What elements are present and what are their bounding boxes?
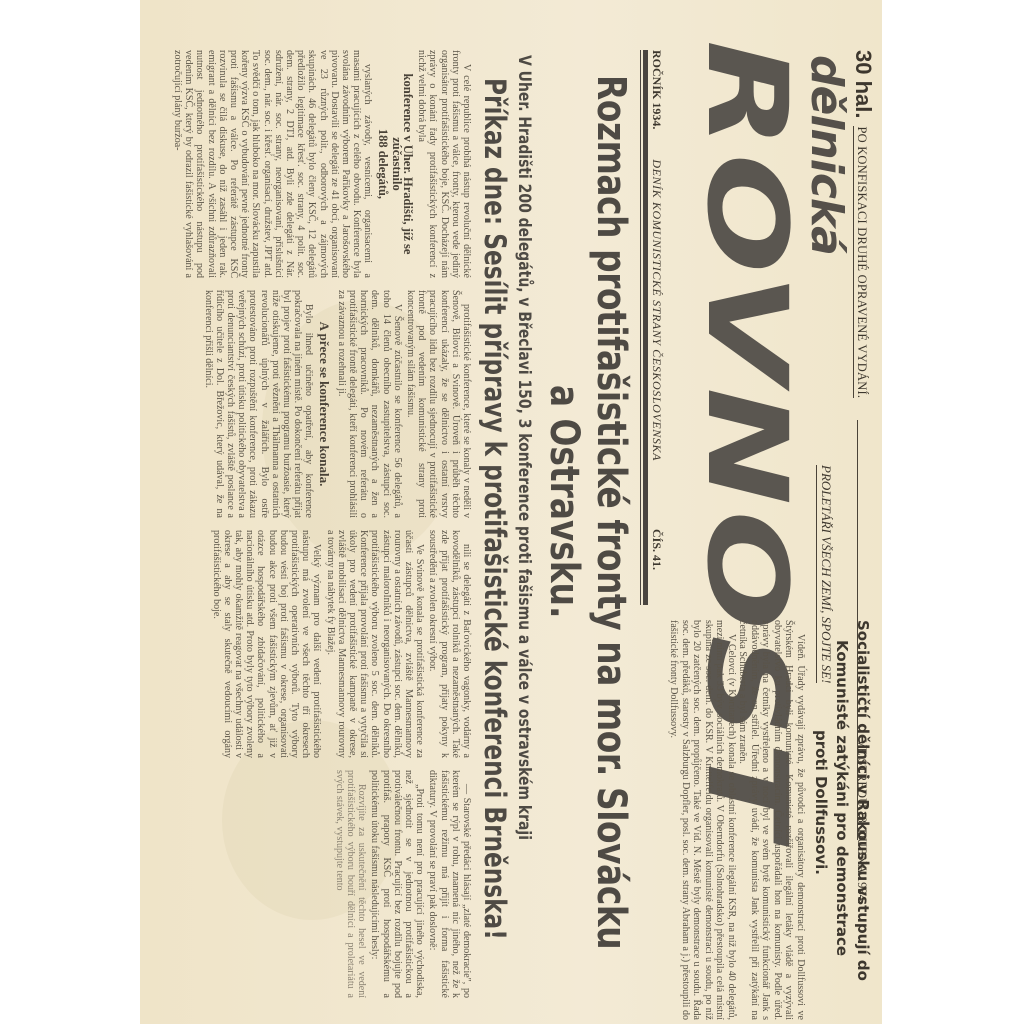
paragraph: Vídeň. Úřady vydávají zprávu, že původci… [737, 620, 806, 1020]
edition-note: PO KONFISKACI DRUHÉ OPRAVENÉ VYDÁNÍ. [853, 126, 876, 398]
paragraph: vyslaných závody, vesnicemi, organisacem… [172, 50, 374, 278]
paragraph: V Šenově zúčastnilo se konference 56 del… [336, 290, 403, 518]
paragraph: — Starovské předáci hlásají „zlaté demok… [427, 770, 472, 998]
paragraph: Velký význam pro další vedení protifašis… [210, 530, 322, 758]
paragraph: Bylo ihned učiněno opatření, aby konfere… [202, 290, 314, 518]
paragraph: „Proti tomu není pro pracující jiného vý… [369, 770, 425, 998]
paragraph: Rozvíjíte za uskutečnění těchto hesel ve… [334, 770, 368, 998]
section-heading: A přece se konference konala. [318, 290, 329, 518]
tagline: DENÍK KOMUNISTICKÉ STRANY ČESKOSLOVENSKA [649, 159, 664, 461]
divider [643, 50, 648, 605]
column-3: nili se delegáti z Baťovického vagonky, … [208, 530, 472, 758]
bold-subheading: 188 delegátů, [376, 50, 387, 278]
side-article-headline: proti Dollfussovi. [812, 730, 830, 1020]
paragraph: protifašistické konference, které se kon… [405, 290, 472, 518]
year-label: ROČNÍK 1934. [649, 50, 664, 129]
side-article-headline: Socialističtí dělníci v Rakousku vstupuj… [854, 620, 872, 1020]
paragraph: Ve Svinově konala se protifašistická kon… [324, 530, 425, 758]
bold-subheading: konference v Uher. Hradišti, jíž se zúča… [391, 50, 413, 278]
command-headline: Příkaz dne: Sesílit přípravy k protifaši… [478, 78, 512, 940]
paragraph: V celé republice probíhá nástup revolučn… [416, 50, 472, 278]
main-headline-continued: a Ostravsku. [541, 385, 587, 618]
column-2: protifašistické konference, které se kon… [200, 290, 472, 518]
issue-number: ČÍS. 41. [649, 529, 664, 570]
masthead-subline: ROČNÍK 1934. DENÍK KOMUNISTICKÉ STRANY Č… [649, 50, 664, 570]
newspaper-page: 30 hal. PO KONFISKACI DRUHÉ OPRAVENÉ VYD… [140, 0, 882, 1024]
subheadline: V Uher. Hradišti 200 delegátů, v Břeclav… [514, 55, 534, 840]
side-article-body: Vídeň. Úřady vydávají zprávu, že původci… [668, 620, 806, 1020]
column-4: — Starovské předáci hlásají „zlaté demok… [332, 770, 472, 998]
side-article-headline: Komunisté zatýkáni pro demonstrace [833, 640, 851, 1020]
side-article: Socialističtí dělníci v Rakousku vstupuj… [652, 620, 872, 1020]
main-headline: Rozmach protifašistické fronty na mor. S… [588, 75, 634, 949]
paragraph: nili se delegáti z Baťovického vagonky, … [427, 530, 472, 758]
column-1: V celé republice probíhá nástup revolučn… [170, 50, 472, 278]
price: 30 hal. [850, 50, 876, 118]
paragraph: V Celovci (v Korutanech) konala se oblas… [668, 620, 737, 1020]
newspaper-sheet-rotated: 30 hal. PO KONFISKACI DRUHÉ OPRAVENÉ VYD… [140, 0, 882, 1024]
divider [640, 50, 641, 605]
article-columns: V celé republice probíhá nástup revolučn… [142, 50, 472, 1020]
